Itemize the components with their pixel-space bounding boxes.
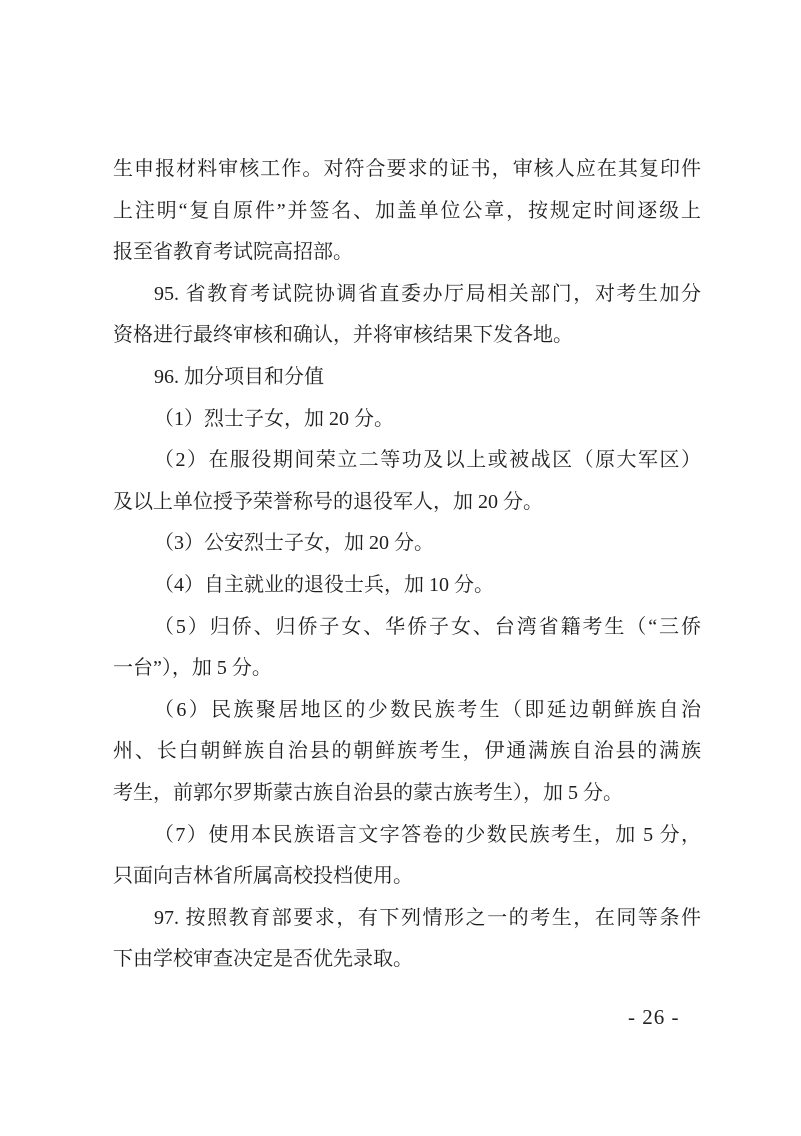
document-line: 只面向吉林省所属高校投档使用。 [113,856,701,898]
document-line: 97. 按照教育部要求，有下列情形之一的考生，在同等条件 [113,898,701,940]
document-page: 生申报材料审核工作。对符合要求的证书，审核人应在其复印件 上注明“复自原件”并签… [0,0,801,1136]
page-number: - 26 - [628,1005,748,1030]
document-line: 资格进行最终审核和确认，并将审核结果下发各地。 [113,315,701,357]
document-line: （4）自主就业的退役士兵，加 10 分。 [113,565,701,607]
document-text-block: 生申报材料审核工作。对符合要求的证书，审核人应在其复印件 上注明“复自原件”并签… [113,149,701,981]
document-line: （7）使用本民族语言文字答卷的少数民族考生，加 5 分， [113,815,701,857]
document-line: （3）公安烈士子女，加 20 分。 [113,523,701,565]
document-line: 96. 加分项目和分值 [113,357,701,399]
document-line: 生申报材料审核工作。对符合要求的证书，审核人应在其复印件 [113,149,701,191]
document-line: 考生，前郭尔罗斯蒙古族自治县的蒙古族考生），加 5 分。 [113,773,701,815]
document-line: 及以上单位授予荣誉称号的退役军人，加 20 分。 [113,482,701,524]
document-line: 一台”），加 5 分。 [113,648,701,690]
document-line: 95. 省教育考试院协调省直委办厅局相关部门，对考生加分 [113,274,701,316]
document-line: 州、长白朝鲜族自治县的朝鲜族考生，伊通满族自治县的满族 [113,731,701,773]
document-line: 下由学校审查决定是否优先录取。 [113,939,701,981]
document-line: （6）民族聚居地区的少数民族考生（即延边朝鲜族自治 [113,690,701,732]
document-line: （5）归侨、归侨子女、华侨子女、台湾省籍考生（“三侨 [113,607,701,649]
document-line: （2）在服役期间荣立二等功及以上或被战区（原大军区） [113,440,701,482]
document-line: （1）烈士子女，加 20 分。 [113,399,701,441]
document-line: 上注明“复自原件”并签名、加盖单位公章，按规定时间逐级上 [113,191,701,233]
document-line: 报至省教育考试院高招部。 [113,232,701,274]
